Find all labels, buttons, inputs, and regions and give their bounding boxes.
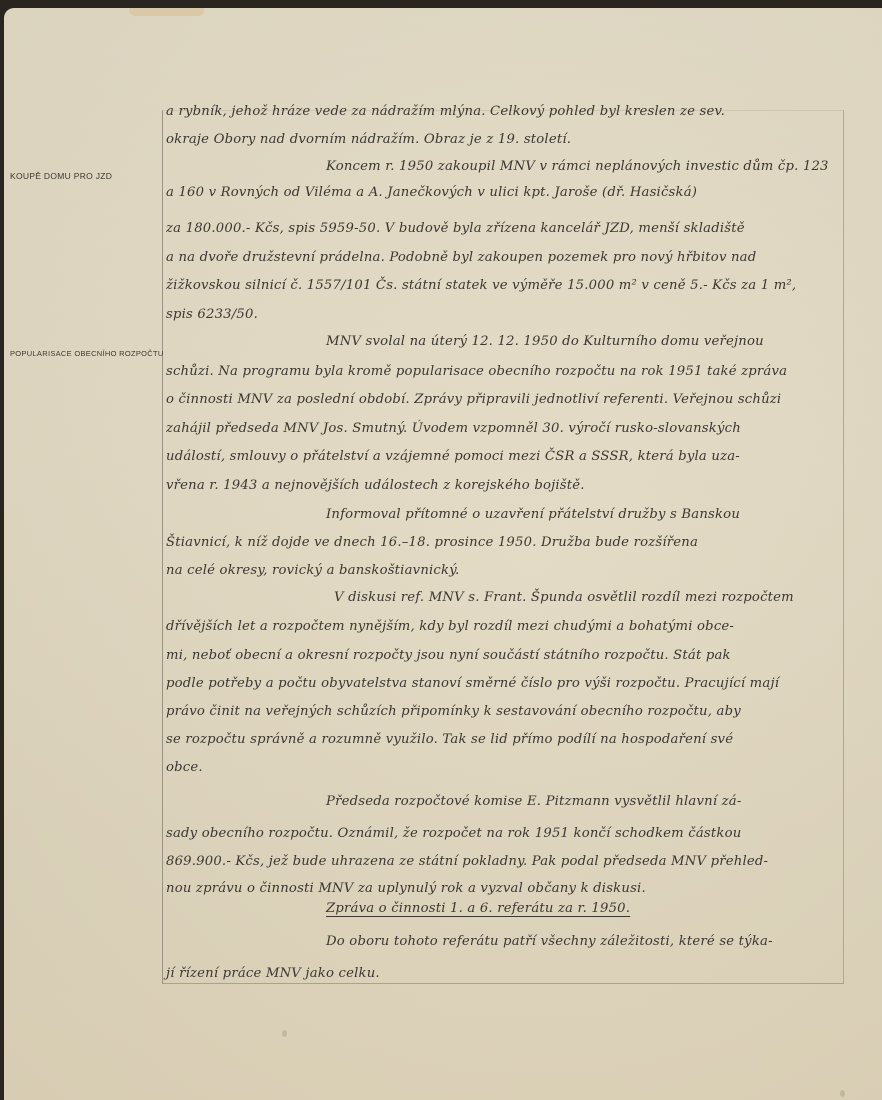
text-line: a 160 v Rovných od Viléma a A. Janečkový… — [166, 185, 697, 200]
text-line: se rozpočtu správně a rozumně využilo. T… — [166, 732, 733, 747]
text-line: schůzi. Na programu byla kromě popularis… — [166, 364, 787, 379]
page-tab — [129, 8, 204, 16]
text-line: MNV svolal na úterý 12. 12. 1950 do Kult… — [326, 334, 764, 349]
text-line: dřívějších let a rozpočtem nynějším, kdy… — [166, 619, 734, 634]
text-line: a rybník, jehož hráze vede za nádražím m… — [166, 104, 725, 119]
text-line: a na dvoře družstevní prádelna. Podobně … — [166, 250, 756, 265]
margin-note-budget-popularisation: Popularisace obecního rozpočtu — [10, 349, 164, 358]
text-line: událostí, smlouvy o přátelství a vzájemn… — [166, 449, 740, 464]
margin-note-house-purchase: Koupě domu pro JZD — [10, 171, 112, 181]
text-line: okraje Obory nad dvorním nádražím. Obraz… — [166, 132, 571, 147]
text-line: Do oboru tohoto referátu patří všechny z… — [326, 934, 773, 949]
paper-spot — [840, 1090, 845, 1097]
text-line: vřena r. 1943 a nejnovějších událostech … — [166, 478, 585, 493]
text-line: nou zprávu o činnosti MNV za uplynulý ro… — [166, 881, 646, 896]
text-line: sady obecního rozpočtu. Oznámil, že rozp… — [166, 826, 741, 841]
document-page: Koupě domu pro JZD Popularisace obecního… — [4, 8, 882, 1100]
text-line: zahájil předseda MNV Jos. Smutný. Úvodem… — [166, 421, 741, 436]
text-line: obce. — [166, 760, 203, 775]
text-line: 869.900.- Kčs, jež bude uhrazena ze stát… — [166, 854, 768, 869]
text-line: na celé okresy, rovický a banskoštiavnic… — [166, 563, 460, 578]
text-line: Koncem r. 1950 zakoupil MNV v rámci nepl… — [326, 159, 829, 174]
text-line: za 180.000.- Kčs, spis 5959-50. V budově… — [166, 221, 745, 236]
paper-spot — [282, 1030, 287, 1037]
text-line: žižkovskou silnicí č. 1557/101 Čs. státn… — [166, 278, 796, 293]
text-line: podle potřeby a počtu obyvatelstva stano… — [166, 676, 779, 691]
text-line: mi, neboť obecní a okresní rozpočty jsou… — [166, 648, 731, 663]
text-line: Štiavnicí, k níž dojde ve dnech 16.–18. … — [166, 535, 698, 550]
text-line: o činnosti MNV za poslední období. Zpráv… — [166, 392, 781, 407]
section-heading: Zpráva o činnosti 1. a 6. referátu za r.… — [326, 901, 630, 916]
text-line: právo činit na veřejných schůzích připom… — [166, 704, 741, 719]
text-line: spis 6233/50. — [166, 307, 258, 322]
text-line: Předseda rozpočtové komise E. Pitzmann v… — [326, 794, 742, 809]
text-line: Informoval přítomné o uzavření přátelstv… — [326, 507, 740, 522]
text-line: V diskusi ref. MNV s. Frant. Špunda osvě… — [334, 590, 794, 605]
text-line: jí řízení práce MNV jako celku. — [166, 966, 380, 981]
